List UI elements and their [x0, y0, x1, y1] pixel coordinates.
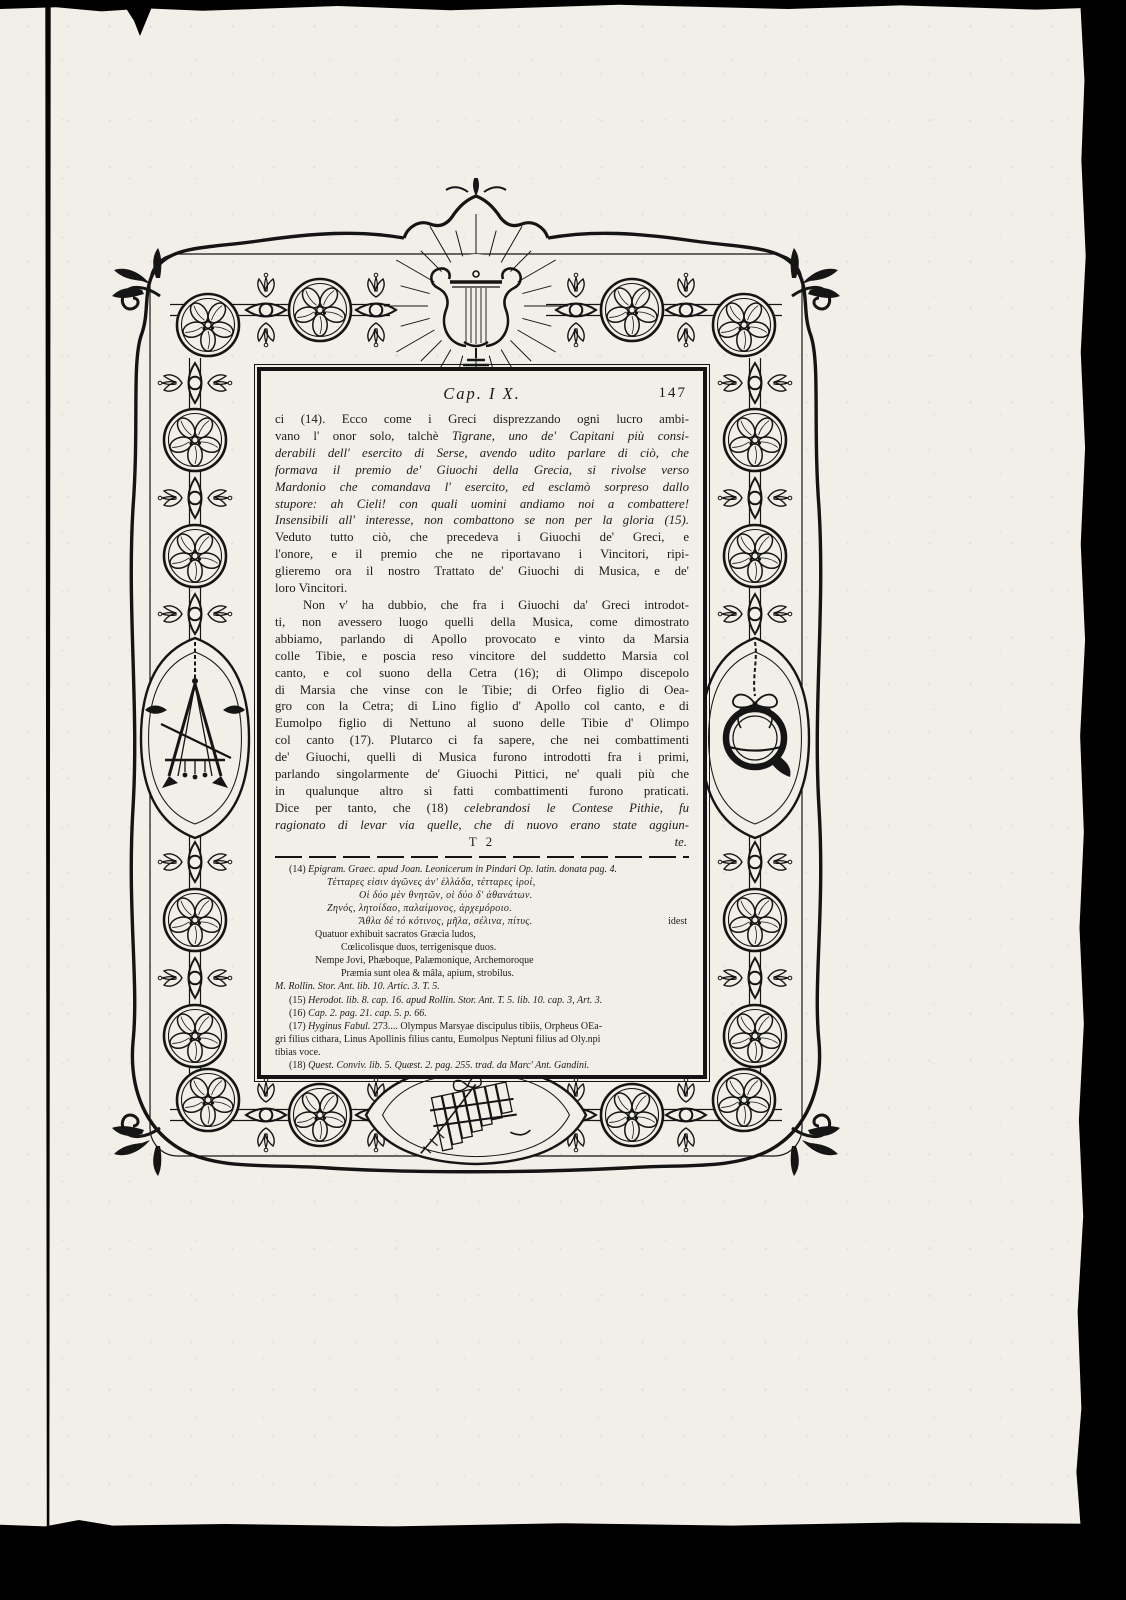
- paragraph-2: Non v' ha dubbio, che fra i Giuochi da' …: [275, 597, 689, 851]
- page-paper: Cap. I X. 147 ci (14). Ecco come i Greci…: [0, 0, 1126, 1600]
- text-line: gro con la Cetra; di Lino figlio d' Apol…: [275, 698, 689, 715]
- text-line: Præmia sunt olea & mâla, apium, strobilu…: [341, 967, 689, 980]
- rosette-icon: [289, 279, 351, 341]
- tulip-ring-icon: [718, 594, 792, 634]
- scanned-book-page: { "header": { "chapter": "Cap. I X.", "p…: [0, 0, 1126, 1600]
- page-header: Cap. I X. 147: [275, 384, 689, 404]
- pan-flute-cartouche: [366, 1066, 586, 1164]
- text-line: derabili dell' esercito di Serse, avendo…: [275, 445, 689, 462]
- text-line: Τέτταρες εἰσιν ἀγῶνες ἀν' ἑλλάδα, τέτταρ…: [327, 876, 689, 889]
- tulip-ring-icon: [158, 363, 232, 403]
- text-line: col canto (17). Plutarco ci fa sapere, c…: [275, 732, 689, 749]
- text-line: ragionato di levar via quelle, che di nu…: [275, 817, 689, 834]
- tulip-ring-icon: [158, 594, 232, 634]
- scan-edge-bottom: [0, 1520, 1126, 1600]
- text-line: di Marsia che vinse con le Tibie; di Orf…: [275, 682, 689, 699]
- rosette-icon: [289, 1084, 351, 1146]
- rosette-icon: [713, 1069, 775, 1131]
- paragraph-1: ci (14). Ecco come i Greci disprezzando …: [275, 411, 689, 597]
- text-line: formava il premio de' Giuochi della Grec…: [275, 462, 689, 479]
- footnotes: (14) Epigram. Graec. apud Joan. Leonicer…: [275, 863, 689, 1073]
- text-line: in qualunque altro sì fatti combattiment…: [275, 783, 689, 800]
- text-line: ci (14). Ecco come i Greci disprezzando …: [275, 411, 689, 428]
- body-text: ci (14). Ecco come i Greci disprezzando …: [275, 411, 689, 851]
- text-line: Cœlicolisque duos, terrigenisque duos.: [341, 941, 689, 954]
- tulip-ring-icon: [718, 363, 792, 403]
- tulip-ring-icon: [158, 478, 232, 518]
- text-line: (15) Herodot. lib. 8. cap. 16. apud Roll…: [275, 994, 689, 1007]
- trumpet-bundle-cartouche: [141, 638, 249, 838]
- tulip-ring-icon: [666, 1078, 706, 1152]
- text-line: Non v' ha dubbio, che fra i Giuochi da' …: [275, 597, 689, 614]
- text-line: loro Vincitori.: [275, 580, 689, 597]
- rosette-icon: [164, 889, 226, 951]
- corner-scroll-icon: [112, 248, 161, 309]
- tulip-ring-icon: [666, 273, 706, 347]
- tulip-ring-icon: [158, 842, 232, 882]
- rosette-icon: [724, 525, 786, 587]
- rosette-icon: [177, 1069, 239, 1131]
- tulip-ring-icon: [556, 273, 596, 347]
- rosette-icon: [601, 279, 663, 341]
- text-line: colle Tibie, e poscia reso vincitore del…: [275, 648, 689, 665]
- text-line: Ζηνός, λητοίδαο, παλαίμονος, ἀρχεμόροιο.: [327, 902, 689, 915]
- text-line: canto, e col suono della Cetra (16); di …: [275, 665, 689, 682]
- lyre-icon: [430, 254, 522, 365]
- tulip-ring-icon: [246, 1078, 286, 1152]
- catchword: idest: [668, 915, 687, 928]
- text-line: (16) Cap. 2. pag. 21. cap. 5. p. 66.: [275, 1007, 689, 1020]
- text-line: stupore: ah Cieli! con quali uomini andi…: [275, 496, 689, 513]
- tulip-ring-icon: [718, 842, 792, 882]
- tulip-ring-icon: [356, 273, 396, 347]
- text-line: (17) Hyginus Fabul. 273.... Olympus Mars…: [275, 1020, 689, 1033]
- text-line: (18) Quest. Conviv. lib. 5. Quæst. 2. pa…: [275, 1059, 689, 1072]
- text-line: Veduto tutto ciò, che precedeva i Giuoch…: [275, 529, 689, 546]
- rosette-icon: [164, 525, 226, 587]
- rosette-icon: [164, 409, 226, 471]
- text-block: Cap. I X. 147 ci (14). Ecco come i Greci…: [257, 367, 707, 1079]
- catchword: te.: [675, 834, 687, 851]
- text-line: glieremo ora il nostro Trattato de' Giuo…: [275, 563, 689, 580]
- text-line: l'onore, e il premio che ne riportavano …: [275, 546, 689, 563]
- rosette-icon: [177, 294, 239, 356]
- rosette-icon: [713, 294, 775, 356]
- tulip-ring-icon: [718, 478, 792, 518]
- text-line: gri filius cithara, Linus Apollinis fili…: [275, 1033, 689, 1046]
- text-line: (14) Epigram. Graec. apud Joan. Leonicer…: [275, 863, 689, 876]
- text-line: Ἄθλα δέ τό κότινος, μῆλα, σέλινα, πίτυς.…: [359, 915, 689, 928]
- text-line: Mardonio che comandava l' esercito, ed e…: [275, 479, 689, 496]
- rosette-icon: [164, 1005, 226, 1067]
- corner-scroll-icon: [791, 248, 840, 309]
- text-line: M. Rollin. Stor. Ant. lib. 10. Artic. 3.…: [275, 980, 689, 993]
- text-line: vano l' onor solo, talchè Tigrane, uno d…: [275, 428, 689, 445]
- text-line: ti, non avessero luogo quelli della Musi…: [275, 614, 689, 631]
- text-line: Eumolpo figlio di Nettuno al suono delle…: [275, 715, 689, 732]
- footnote-divider: [275, 856, 689, 858]
- rosette-icon: [724, 409, 786, 471]
- text-line: parlando singolarmente de' Giuochi Pitti…: [275, 766, 689, 783]
- text-line: Dice per tanto, che (18) celebrandosi le…: [275, 800, 689, 817]
- rosette-icon: [724, 1005, 786, 1067]
- text-line: Οἱ δύο μὲν θνητῶν, οἱ δύο δ' ἀθανάτων.: [359, 889, 689, 902]
- chapter-heading: Cap. I X.: [443, 384, 521, 403]
- pediment-finial: [446, 178, 506, 196]
- text-line: Quatuor exhibuit sacratos Græcia ludos,: [315, 928, 689, 941]
- text-line: abbiamo, parlando di Apollo provocato e …: [275, 631, 689, 648]
- text-line: de' Giuochi, quelli di Musica furono int…: [275, 749, 689, 766]
- text-line: T 2te.: [275, 834, 689, 851]
- rosette-icon: [724, 889, 786, 951]
- tulip-ring-icon: [246, 273, 286, 347]
- text-line: Nempe Jovi, Phæboque, Palæmonique, Arche…: [315, 954, 689, 967]
- text-line: Insensibili all' interesse, non combatto…: [275, 512, 689, 529]
- hunting-horn-cartouche: [701, 638, 809, 838]
- tulip-ring-icon: [718, 958, 792, 998]
- text-line: tibias voce.: [275, 1046, 689, 1059]
- rosette-icon: [601, 1084, 663, 1146]
- tulip-ring-icon: [158, 958, 232, 998]
- page-number: 147: [659, 385, 688, 402]
